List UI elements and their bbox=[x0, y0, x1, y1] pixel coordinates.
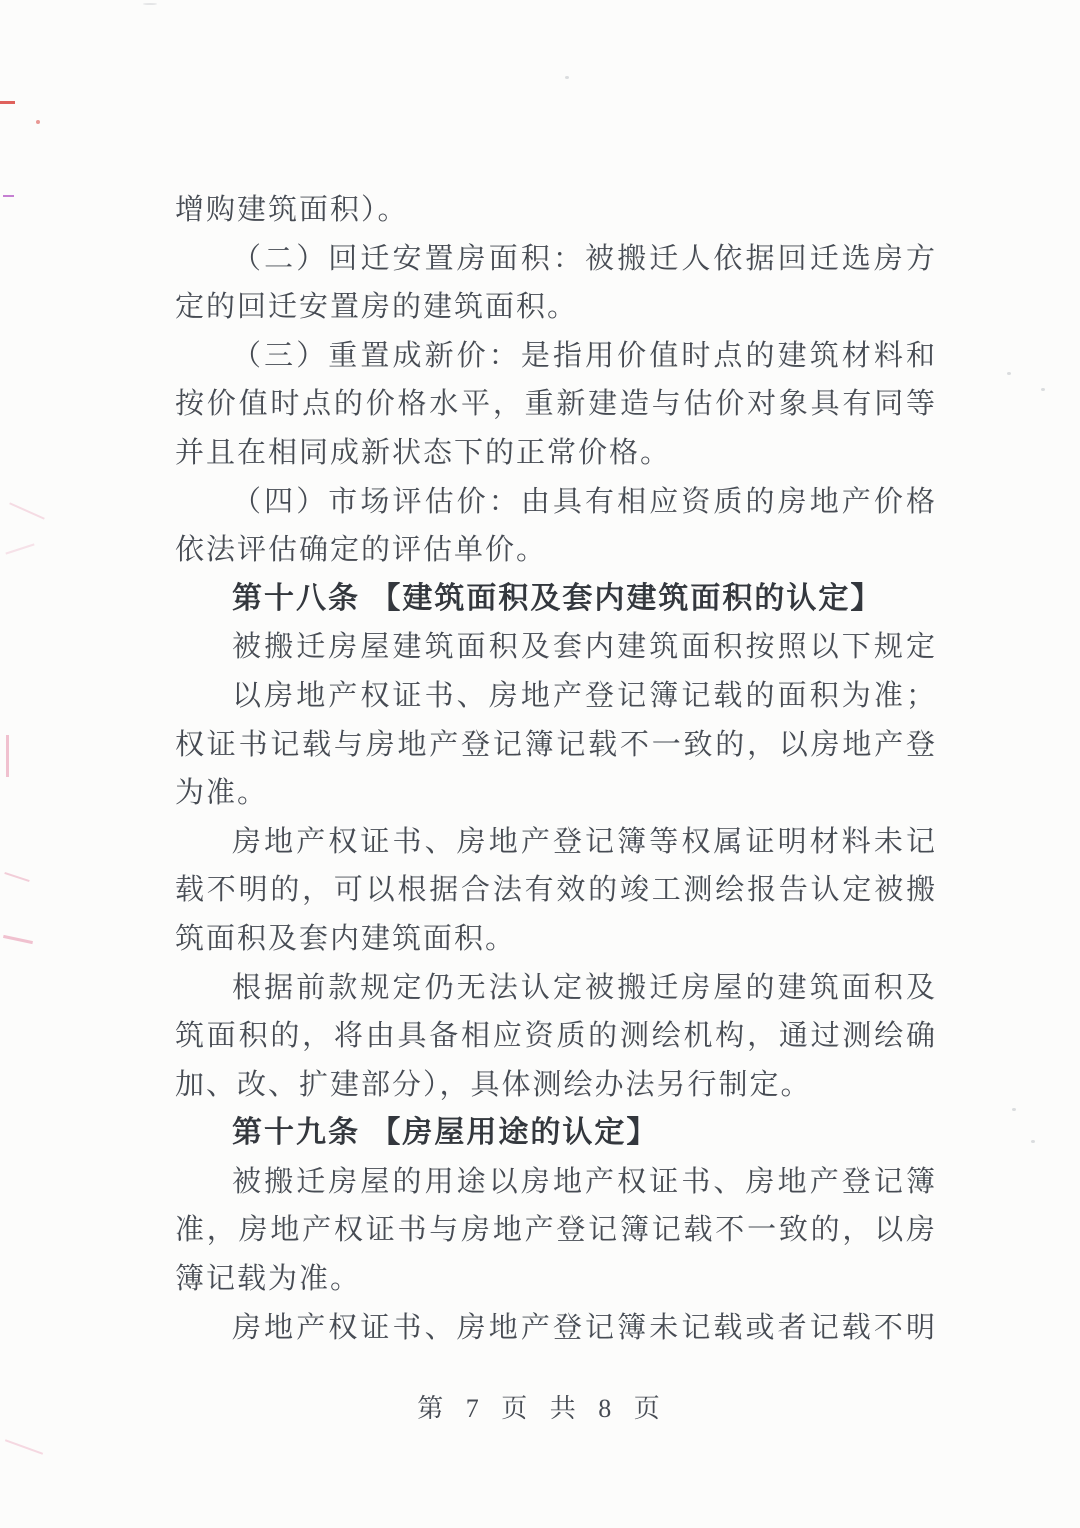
scan-artifact-pink-scribble bbox=[5, 543, 34, 554]
text-line: 依法评估确定的评估单价。 bbox=[175, 526, 937, 575]
text-line: 根据前款规定仍无法认定被搬迁房屋的建筑面积及套内建 bbox=[175, 964, 937, 1013]
text-line: 被搬迁房屋建筑面积及套内建筑面积按照以下规定认定： bbox=[175, 623, 937, 672]
section-heading: 第十九条 【房屋用途的认定】 bbox=[175, 1109, 937, 1158]
scan-speck bbox=[1031, 1140, 1035, 1143]
scan-artifact-pink-mark bbox=[5, 1439, 43, 1455]
text-line: 按价值时点的价格水平，重新建造与估价对象具有同等功能效用 bbox=[175, 380, 937, 429]
text-line: 并且在相同成新状态下的正常价格。 bbox=[175, 429, 937, 478]
document-page: 增购建筑面积）。（二）回迁安置房面积：被搬迁人依据回迁选房方案选择确定的回迁安置… bbox=[0, 0, 1080, 1528]
scan-speck bbox=[1041, 388, 1045, 391]
scan-artifact-red-dash bbox=[0, 101, 15, 104]
section-heading: 第十八条 【建筑面积及套内建筑面积的认定】 bbox=[175, 575, 937, 624]
text-line: （三）重置成新价：是指用价值时点的建筑材料和建筑技术， bbox=[175, 332, 937, 381]
scan-artifact-pink-mark bbox=[3, 935, 33, 944]
page-footer: 第 7 页 共 8 页 bbox=[0, 1388, 1080, 1425]
scan-artifact-pink-mark bbox=[4, 872, 29, 882]
text-line: 房地产权证书、房地产登记簿等权属证明材料未记载或者记 bbox=[175, 818, 937, 867]
text-line: 准，房地产权证书与房地产登记簿记载不一致的，以房地产登记 bbox=[175, 1206, 937, 1255]
scan-artifact-pink-scribble bbox=[9, 502, 45, 519]
scan-speck bbox=[1007, 372, 1011, 375]
text-line: 为准。 bbox=[175, 769, 937, 818]
scan-speck bbox=[143, 3, 157, 5]
text-line: 筑面积的，将由具备相应资质的测绘机构，通过测绘确定（不含 bbox=[175, 1012, 937, 1061]
scan-speck bbox=[1012, 1108, 1016, 1111]
text-line: 簿记载为准。 bbox=[175, 1255, 937, 1304]
text-line: （二）回迁安置房面积：被搬迁人依据回迁选房方案选择确 bbox=[175, 235, 937, 284]
scan-artifact-red-dot bbox=[36, 120, 40, 124]
text-line: 增购建筑面积）。 bbox=[175, 186, 937, 235]
text-line: 以房地产权证书、房地产登记簿记载的面积为准；但房地产 bbox=[175, 672, 937, 721]
text-line: 被搬迁房屋的用途以房地产权证书、房地产登记簿的记载为 bbox=[175, 1158, 937, 1207]
scan-artifact-pink-bar bbox=[6, 735, 9, 777]
scan-speck bbox=[565, 76, 569, 79]
text-line: 载不明的，可以根据合法有效的竣工测绘报告认定被搬迁房屋建 bbox=[175, 866, 937, 915]
text-line: 加、改、扩建部分），具体测绘办法另行制定。 bbox=[175, 1061, 937, 1110]
text-line: （四）市场评估价：由具有相应资质的房地产价格评估机构， bbox=[175, 478, 937, 527]
scan-artifact-purple-dash bbox=[3, 195, 14, 197]
text-line: 定的回迁安置房的建筑面积。 bbox=[175, 283, 937, 332]
text-line: 筑面积及套内建筑面积。 bbox=[175, 915, 937, 964]
text-line: 房地产权证书、房地产登记簿未记载或者记载不明的房屋， bbox=[175, 1304, 937, 1353]
text-line: 权证书记载与房地产登记簿记载不一致的，以房地产登记簿记载 bbox=[175, 721, 937, 770]
document-body: 增购建筑面积）。（二）回迁安置房面积：被搬迁人依据回迁选房方案选择确定的回迁安置… bbox=[175, 186, 937, 1352]
